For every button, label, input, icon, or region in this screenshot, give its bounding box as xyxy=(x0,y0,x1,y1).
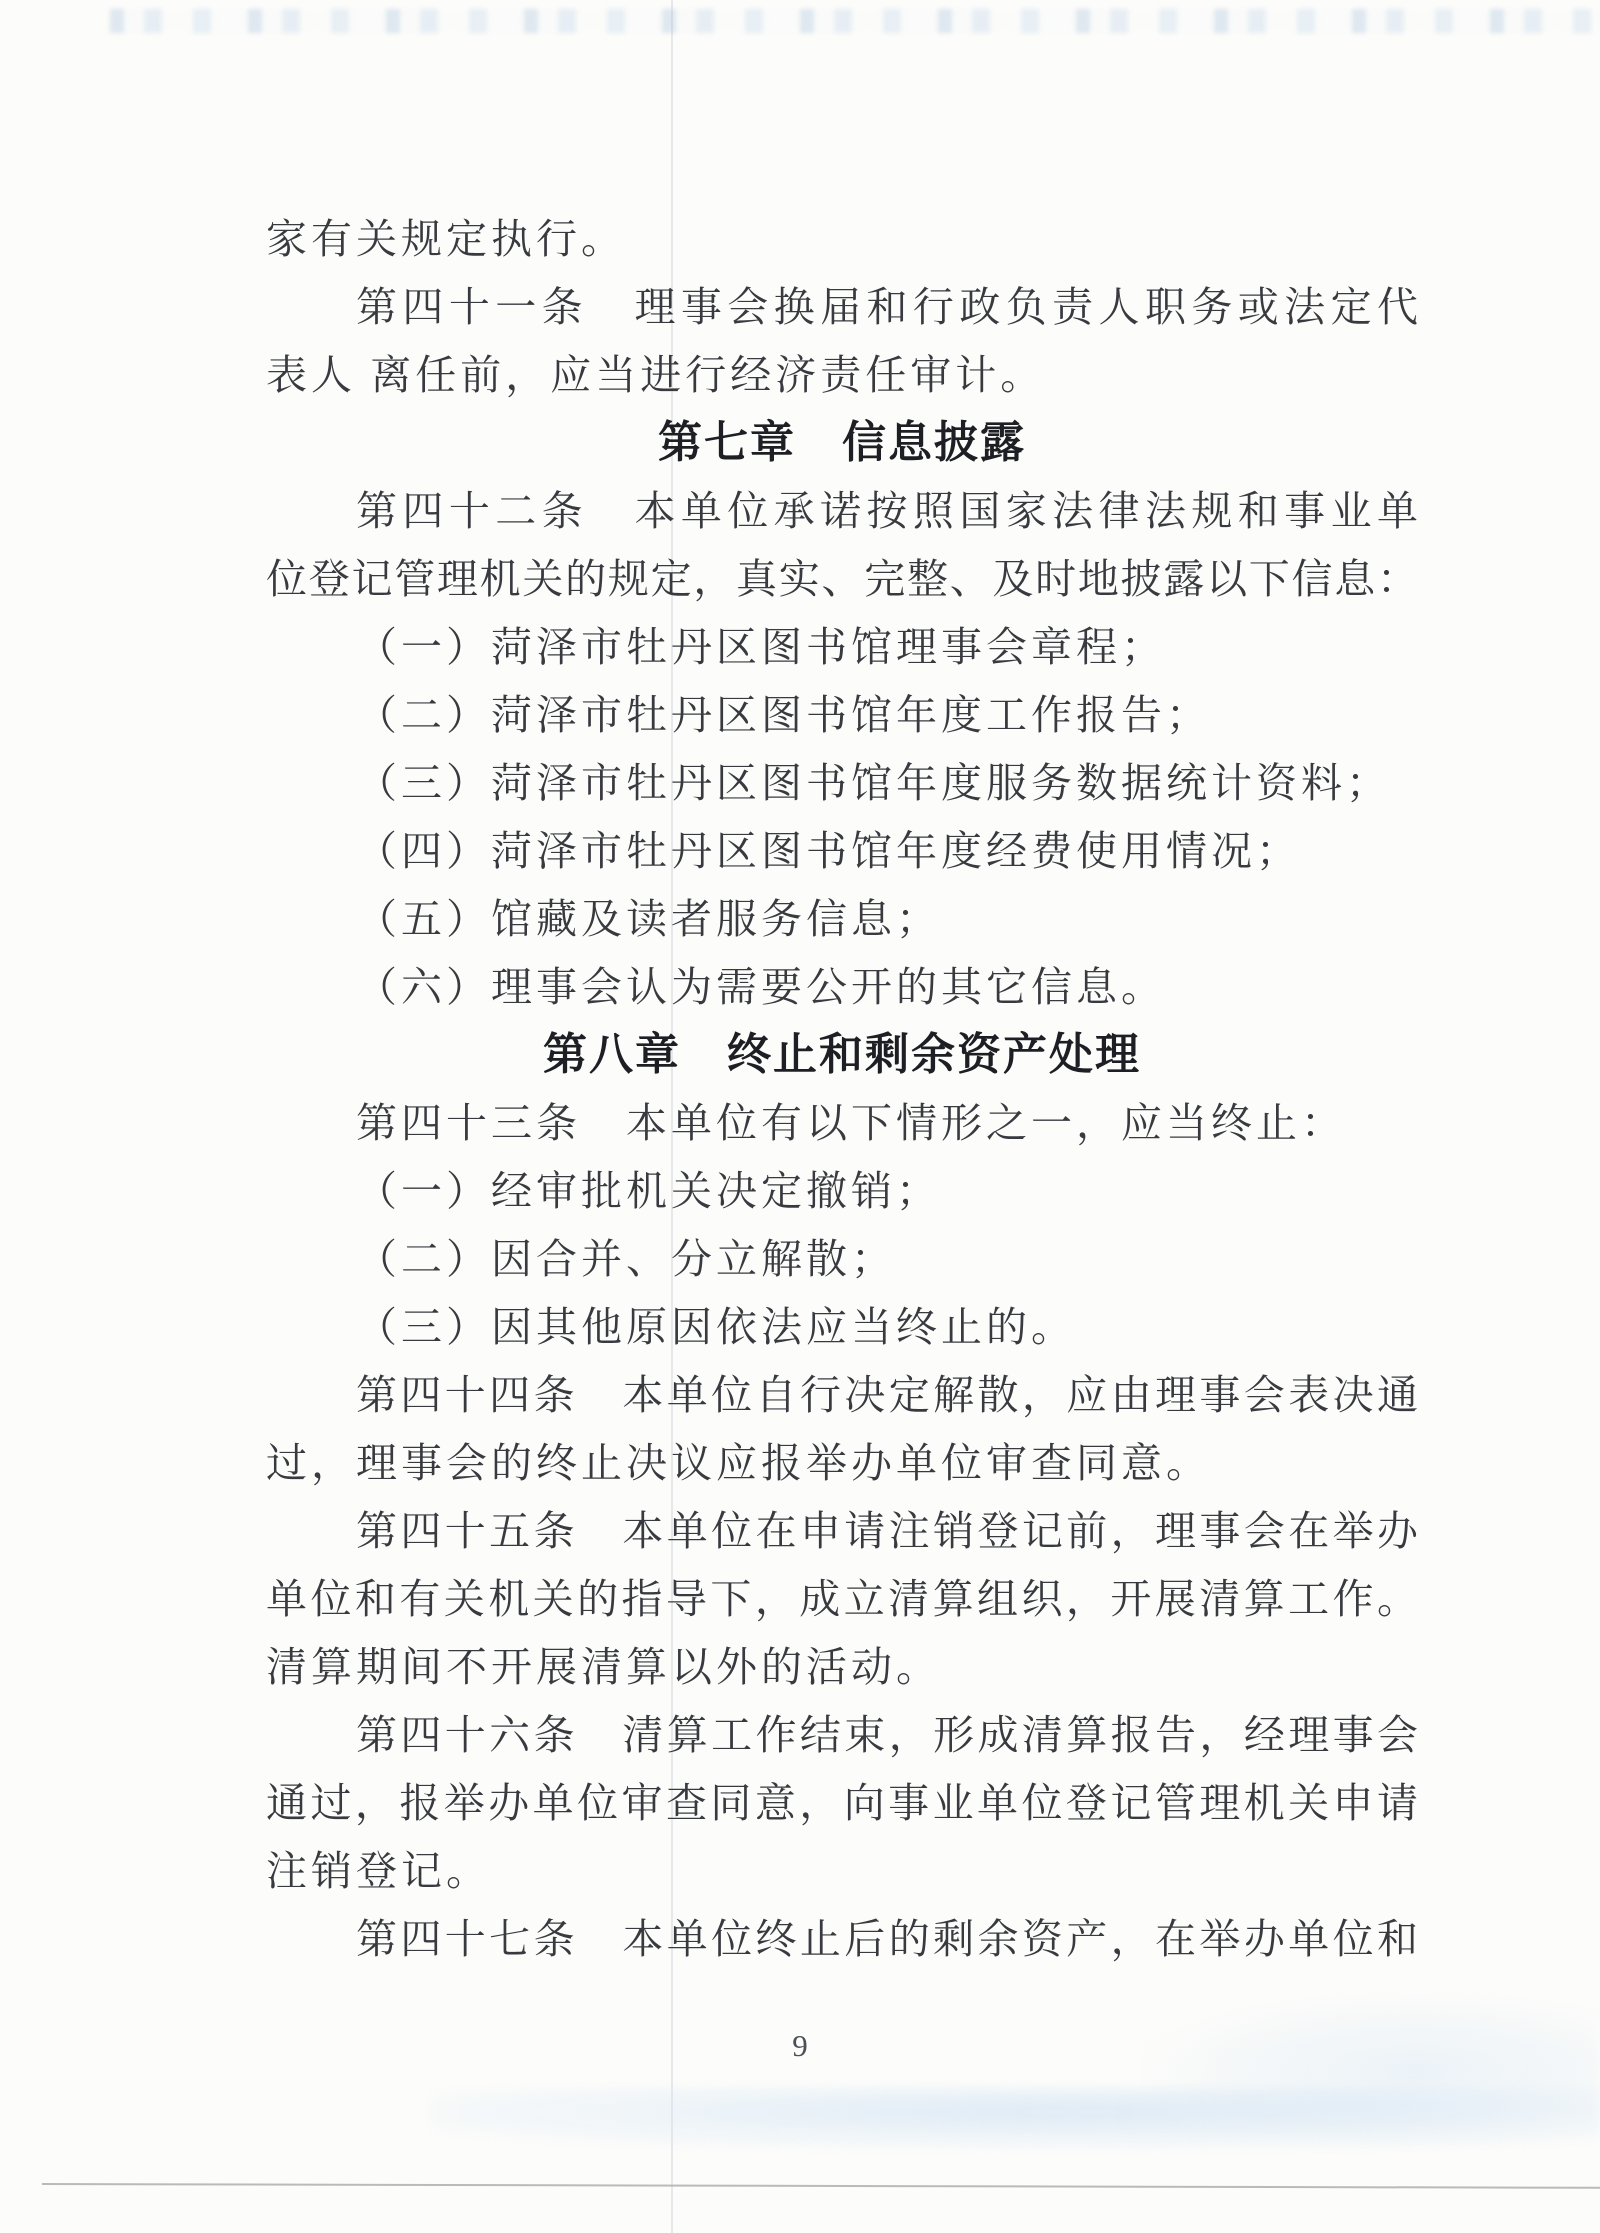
chapter-heading: 第八章 终止和剩余资产处理 xyxy=(266,1021,1418,1089)
text-line: 单位和有关机关的指导下，成立清算组织，开展清算工作。 xyxy=(266,1565,1418,1633)
text-line: （六）理事会认为需要公开的其它信息。 xyxy=(266,953,1418,1021)
text-line: 第四十二条 本单位承诺按照国家法律法规和事业单 xyxy=(266,477,1418,545)
page-number: 9 xyxy=(0,2026,1600,2066)
text-line: 清算期间不开展清算以外的活动。 xyxy=(266,1633,1418,1701)
text-line: 表人 离任前，应当进行经济责任审计。 xyxy=(266,341,1418,409)
text-line: （一）经审批机关决定撤销； xyxy=(266,1157,1418,1225)
text-line: 第四十一条 理事会换届和行政负责人职务或法定代 xyxy=(266,273,1418,341)
text-line: （三）因其他原因依法应当终止的。 xyxy=(266,1293,1418,1361)
text-line: （二）菏泽市牡丹区图书馆年度工作报告； xyxy=(266,681,1418,749)
text-line: （二）因合并、分立解散； xyxy=(266,1225,1418,1293)
document-text: 家有关规定执行。第四十一条 理事会换届和行政负责人职务或法定代表人 离任前，应当… xyxy=(266,205,1418,1973)
text-line: 第四十五条 本单位在申请注销登记前，理事会在举办 xyxy=(266,1497,1418,1565)
text-line: 第四十六条 清算工作结束，形成清算报告，经理事会 xyxy=(266,1701,1418,1769)
text-line: 过，理事会的终止决议应报举办单位审查同意。 xyxy=(266,1429,1418,1497)
scanned-page: 家有关规定执行。第四十一条 理事会换届和行政负责人职务或法定代表人 离任前，应当… xyxy=(0,0,1600,2233)
text-line: 第四十三条 本单位有以下情形之一，应当终止： xyxy=(266,1089,1418,1157)
text-line: （四）菏泽市牡丹区图书馆年度经费使用情况； xyxy=(266,817,1418,885)
scan-artifact-bottom-line xyxy=(42,2183,1600,2189)
text-line: 注销登记。 xyxy=(266,1837,1418,1905)
text-line: （五）馆藏及读者服务信息； xyxy=(266,885,1418,953)
text-line: 通过，报举办单位审查同意，向事业单位登记管理机关申请 xyxy=(266,1769,1418,1837)
text-line: 家有关规定执行。 xyxy=(266,205,1418,273)
chapter-heading: 第七章 信息披露 xyxy=(266,409,1418,477)
text-line: （三）菏泽市牡丹区图书馆年度服务数据统计资料； xyxy=(266,749,1418,817)
text-line: 第四十七条 本单位终止后的剩余资产，在举办单位和 xyxy=(266,1905,1418,1973)
text-line: 第四十四条 本单位自行决定解散，应由理事会表决通 xyxy=(266,1361,1418,1429)
scan-artifact-top-band xyxy=(110,9,1600,33)
text-line: （一）菏泽市牡丹区图书馆理事会章程； xyxy=(266,613,1418,681)
text-line: 位登记管理机关的规定，真实、完整、及时地披露以下信息： xyxy=(266,545,1418,613)
scan-artifact-smudge xyxy=(430,2088,1600,2148)
